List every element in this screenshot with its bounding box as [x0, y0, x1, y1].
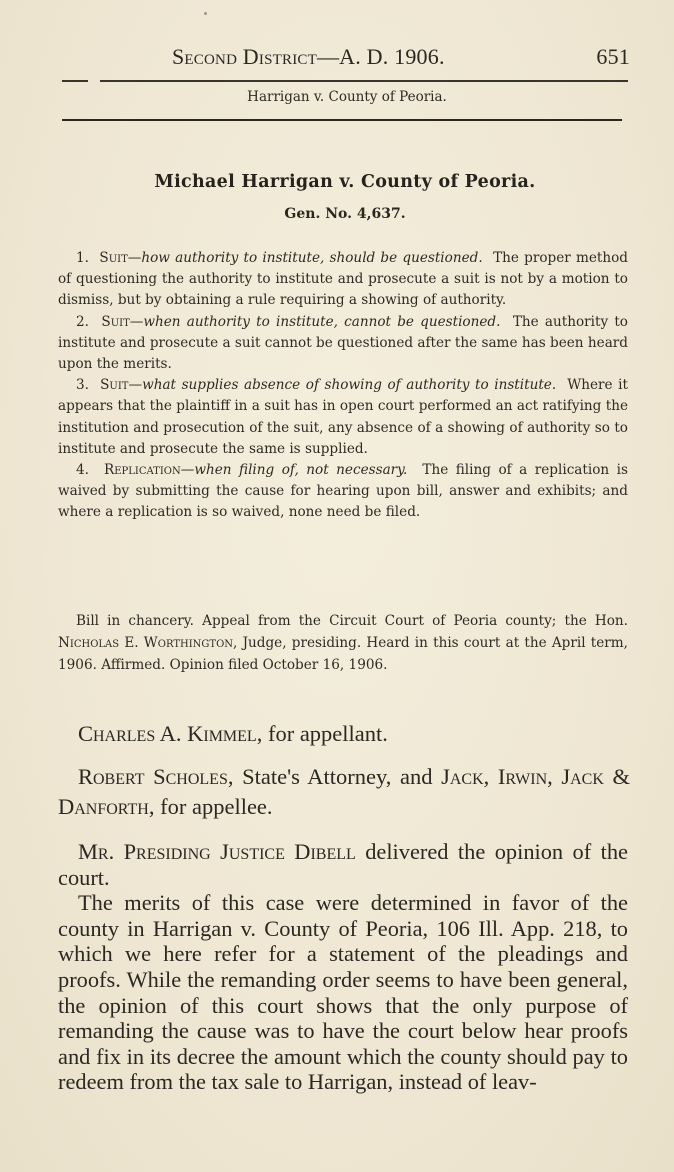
opinion-attribution: Mr. Presiding Justice Dibell delivered t… — [58, 839, 628, 890]
counsel-appellee: Robert Scholes, State's Attorney, and Ja… — [58, 762, 630, 822]
running-head-title: Second District—A. D. 1906. — [172, 44, 445, 70]
docket-number: Gen. No. 4,637. — [0, 206, 674, 222]
statement-of-case: Bill in chancery. Appeal from the Circui… — [58, 611, 628, 676]
header-rule — [62, 80, 628, 82]
subhead-rule — [62, 119, 622, 121]
headnotes: 1. Suit—how authority to institute, shou… — [58, 248, 628, 524]
running-head: Second District—A. D. 1906. 651 — [172, 44, 630, 74]
opinion-body: The merits of this case were determined … — [58, 890, 628, 1095]
paper-speck — [204, 12, 207, 15]
page-number: 651 — [596, 44, 630, 70]
case-title: Michael Harrigan v. County of Peoria. — [0, 172, 674, 192]
headnote-3: 3. Suit—what supplies absence of showing… — [58, 375, 628, 460]
counsel-appellant: Charles A. Kimmel, for appellant. — [58, 719, 630, 749]
book-page: Second District—A. D. 1906. 651 Harrigan… — [0, 0, 674, 1172]
headnote-1: 1. Suit—how authority to institute, shou… — [58, 248, 628, 312]
headnote-2: 2. Suit—when authority to institute, can… — [58, 312, 628, 376]
headnote-4: 4. Replication—when filing of, not neces… — [58, 460, 628, 524]
opinion-text: Mr. Presiding Justice Dibell delivered t… — [58, 839, 628, 1095]
trial-judge-name: Nicholas E. Worthington — [58, 635, 233, 651]
case-running-subhead: Harrigan v. County of Peoria. — [0, 89, 674, 105]
